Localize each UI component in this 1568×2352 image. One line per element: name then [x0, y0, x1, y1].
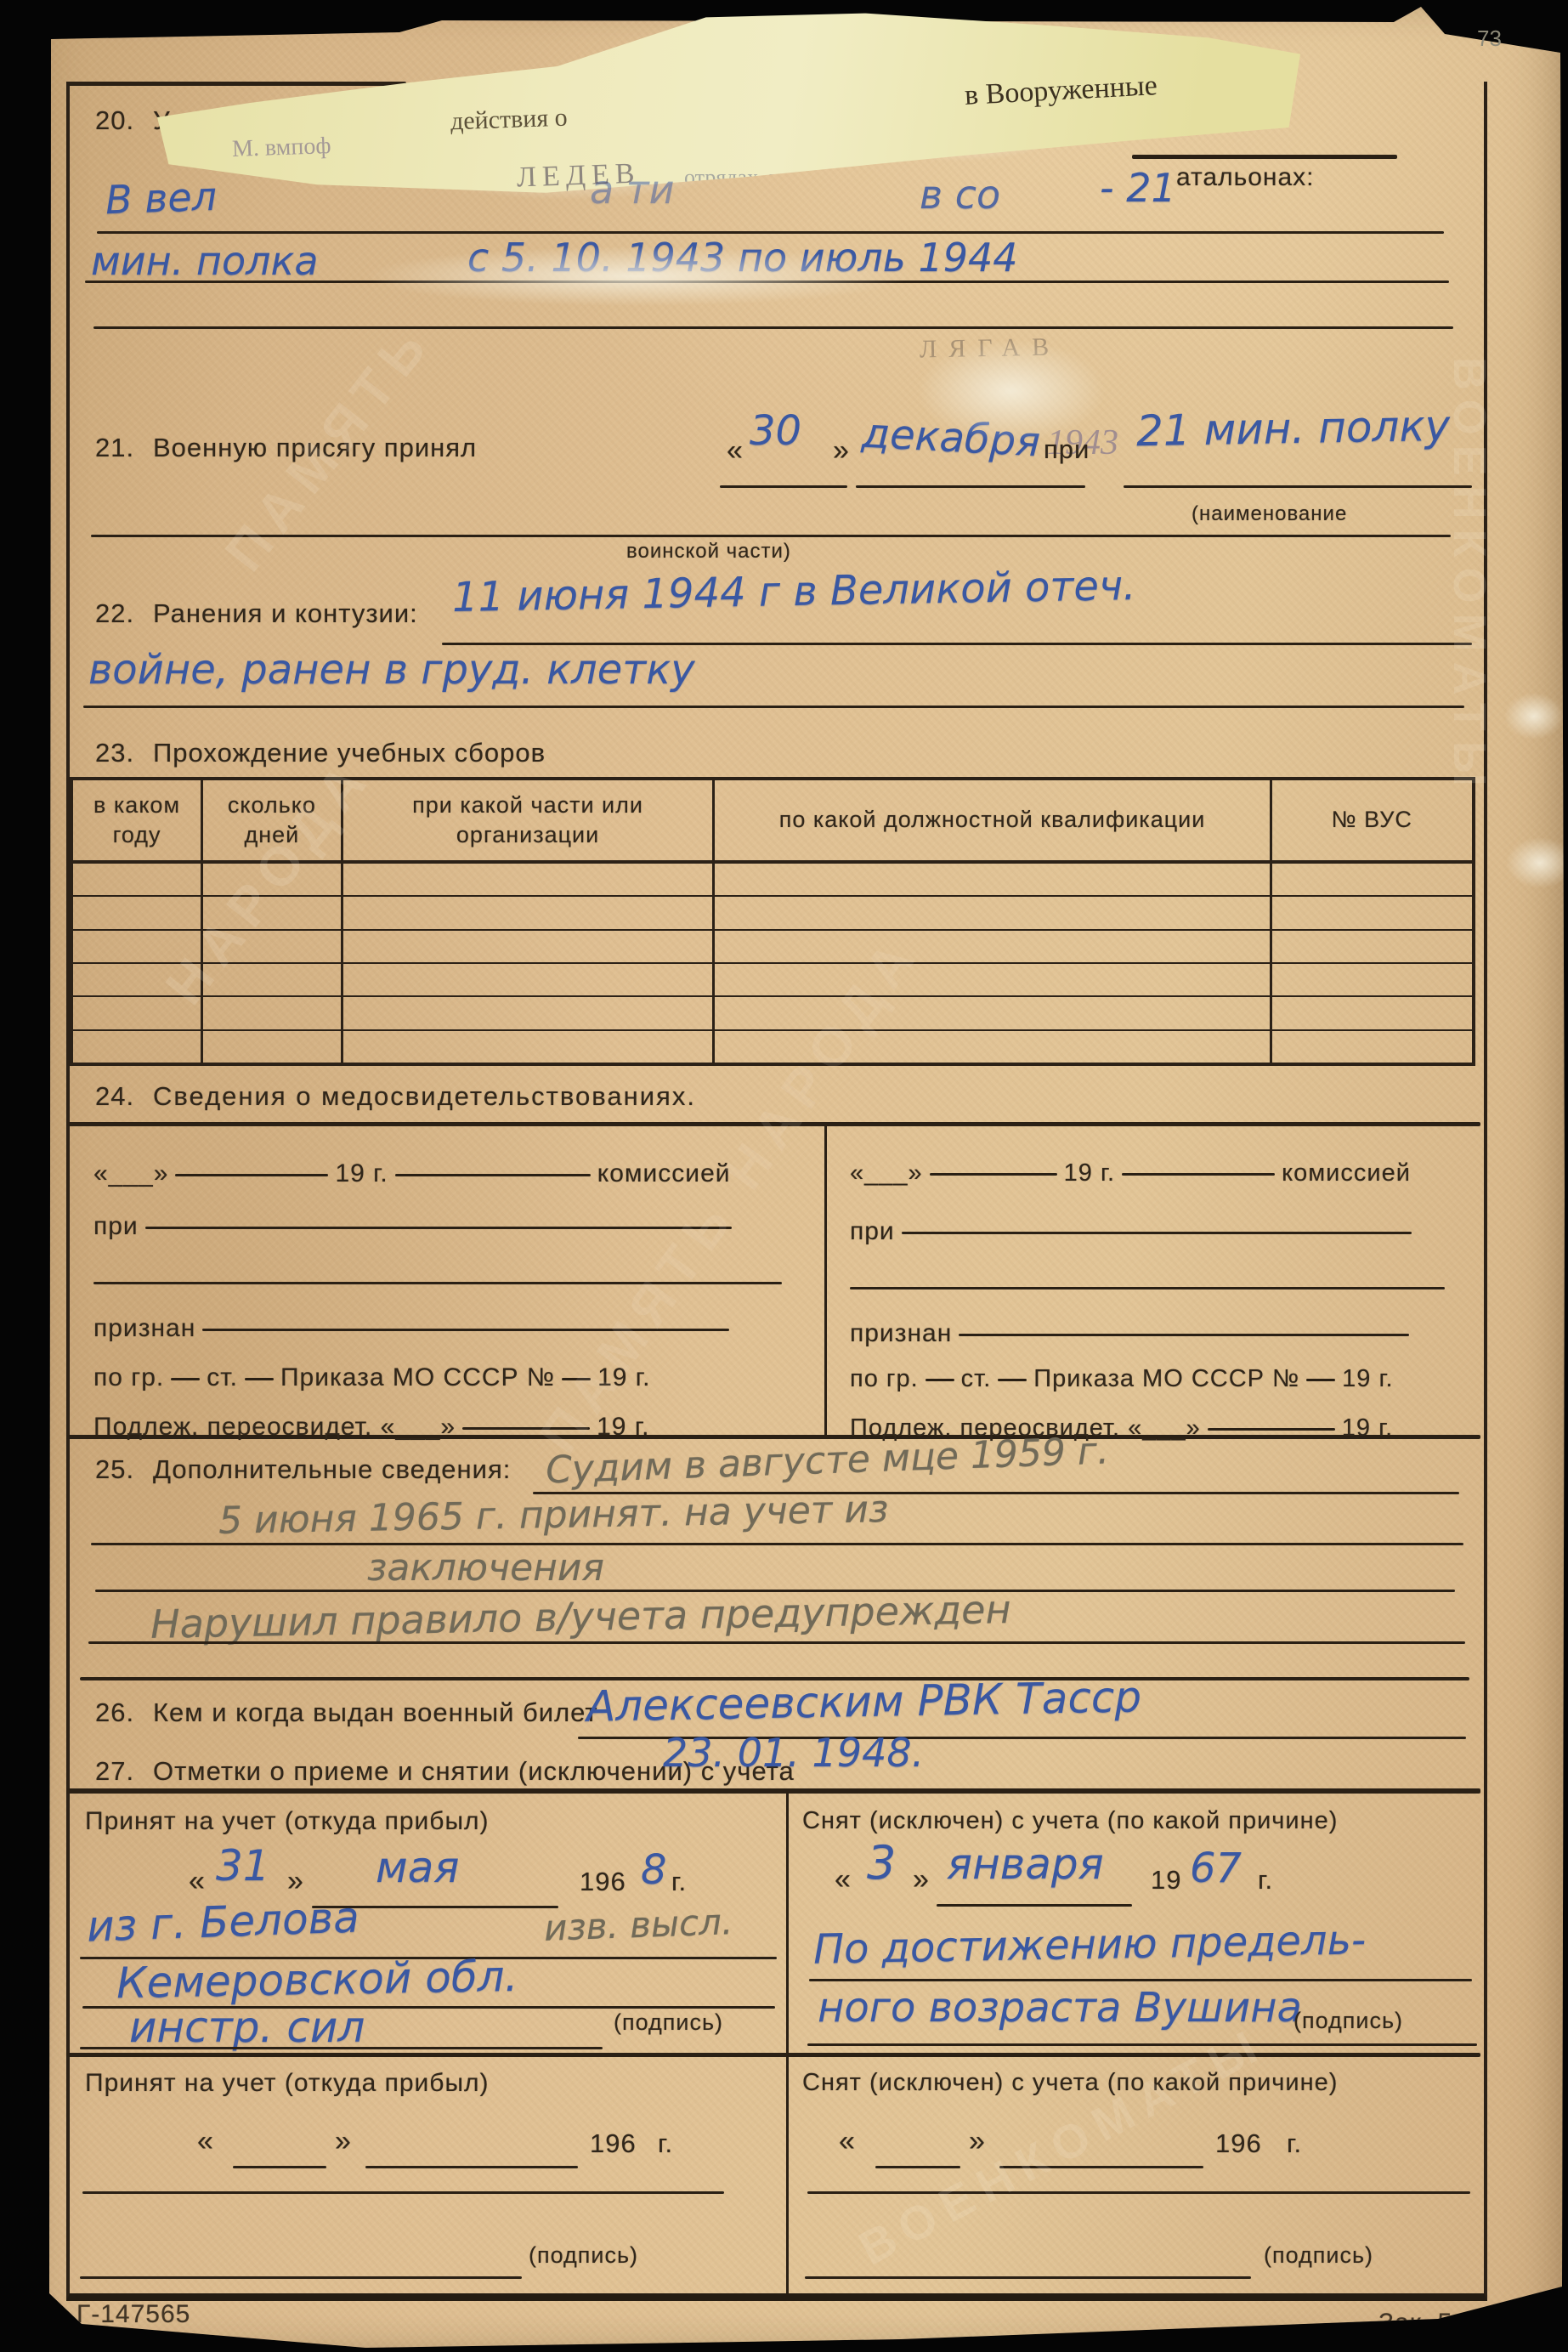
blank-line	[175, 1174, 328, 1176]
year-prefix: 19	[1342, 1414, 1371, 1442]
table-row	[73, 964, 1472, 997]
blank-line	[171, 1378, 200, 1380]
blank-line	[1306, 1379, 1335, 1381]
hw-entry: 11 июня 1944 г в Великой отеч.	[452, 562, 1136, 621]
at-label: при	[93, 1212, 139, 1240]
rule-line	[88, 1641, 1465, 1644]
sub-label: (наименование	[1192, 502, 1347, 526]
rule-line	[856, 485, 1085, 488]
empty-cell	[73, 997, 203, 1029]
signature-label: (подпись)	[1293, 2008, 1403, 2034]
empty-cell	[343, 864, 716, 895]
section-number: 27.	[95, 1756, 134, 1787]
hw-entry: в со	[920, 172, 1000, 218]
section-24-medical-examinations: 24. Сведения о медосвидетельствованиях. …	[70, 1068, 1484, 1439]
empty-cell	[1272, 931, 1472, 962]
section-title: Прохождение учебных сборов	[153, 738, 546, 768]
empty-cell	[1272, 864, 1472, 895]
order-label: Приказа МО СССР №	[1033, 1365, 1299, 1392]
tape-bleed-text: М. вмпоф	[231, 133, 331, 163]
year-suffix: г.	[1378, 1414, 1393, 1442]
column-divider	[824, 1122, 827, 1435]
ghost-stamp: ЛЕДЕВ	[516, 157, 641, 194]
hw-entry: В вел	[105, 173, 218, 224]
training-table: в каком году сколько дней при какой част…	[70, 777, 1475, 1066]
hw-entry: По достижению предель-	[813, 1916, 1367, 1973]
empty-cell	[715, 964, 1271, 995]
hw-entry: 5 июня 1965 г. принят. на учет из	[218, 1488, 889, 1543]
footer-order-number: Зак. 5423	[1378, 2309, 1497, 2338]
rule-line	[442, 643, 1472, 645]
year-suffix: г.	[1258, 1865, 1273, 1896]
empty-cell	[343, 897, 716, 928]
rule-line	[66, 1122, 1480, 1126]
section-number: 21.	[95, 433, 134, 463]
year-suffix: г.	[373, 1159, 388, 1187]
rule-line	[91, 535, 1451, 537]
blank-line	[998, 1379, 1027, 1381]
section-21-military-oath: ЛЯГАВ 21. Военную присягу принял « 30 » …	[70, 334, 1484, 561]
year-suffix: г.	[636, 1363, 651, 1391]
empty-cell	[715, 1031, 1271, 1063]
signature-label: (подпись)	[614, 2009, 723, 2036]
year-prefix: 19	[597, 1363, 627, 1391]
year-suffix: г.	[635, 1413, 650, 1441]
quote-open: «	[727, 434, 744, 468]
group-label: по гр.	[93, 1363, 164, 1391]
empty-cell	[1272, 1031, 1472, 1063]
hw-month: мая	[376, 1843, 459, 1892]
header-fragment: атальонах:	[1176, 163, 1315, 192]
hw-month: января	[947, 1839, 1104, 1889]
rule-line	[365, 2166, 578, 2168]
hw-oath-day: 30	[750, 407, 801, 455]
rule-line	[80, 2047, 603, 2049]
rule-line	[93, 1282, 782, 1284]
year-prefix: 19	[597, 1413, 626, 1441]
section-number: 24.	[95, 1081, 134, 1112]
table-row	[73, 931, 1472, 964]
empty-cell	[715, 897, 1271, 928]
year-suffix: г.	[1287, 2128, 1302, 2159]
section-label: Дополнительные сведения:	[153, 1454, 511, 1485]
empty-cell	[1272, 997, 1472, 1029]
empty-cell	[343, 931, 716, 962]
medical-row-order: по гр.ст.Приказа МО СССР №19 г.	[93, 1363, 650, 1392]
wear-mark	[1506, 837, 1568, 888]
quote-close: »	[335, 2125, 352, 2158]
wear-mark	[1504, 693, 1564, 740]
scanned-paper: 20. Участие атальонах: В вел в со - 21 м…	[0, 0, 1568, 2352]
year-prefix: 19	[335, 1159, 365, 1187]
table-header-row: в каком году сколько дней при какой част…	[73, 780, 1472, 864]
empty-cell	[203, 897, 343, 928]
year-suffix: г.	[1101, 1159, 1115, 1187]
empty-cell	[1272, 897, 1472, 928]
section-label: Кем и когда выдан военный билет	[153, 1697, 598, 1728]
remove-title: Снят (исключен) с учета (по какой причин…	[802, 1807, 1338, 1835]
hw-signature: инстр. сил	[129, 2003, 365, 2052]
blank-line	[395, 1174, 591, 1176]
hw-entry-pencil: изв. высл.	[543, 1901, 733, 1949]
col-header-vus: № ВУС	[1272, 780, 1472, 860]
accept-title: Принят на учет (откуда прибыл)	[85, 1807, 490, 1836]
empty-cell	[203, 964, 343, 995]
hw-entry: мин. полка	[91, 238, 319, 284]
empty-cell	[203, 1031, 343, 1063]
group-label: по гр.	[850, 1365, 919, 1392]
medical-row-order: по гр.ст.Приказа МО СССР №19 г.	[850, 1365, 1394, 1393]
empty-cell	[203, 997, 343, 1029]
blank-line	[926, 1379, 954, 1381]
empty-cell	[73, 931, 203, 962]
rule-line	[1132, 155, 1397, 159]
footer-form-code: Г-147565	[76, 2300, 190, 2329]
commission-label: комиссией	[1282, 1159, 1411, 1187]
year-prefix: 196	[1215, 2128, 1262, 2159]
military-form: 20. Участие атальонах: В вел в со - 21 м…	[66, 82, 1487, 2301]
corner-page-note: 73	[1477, 26, 1502, 52]
rule-line	[720, 485, 847, 488]
reexam-label: Подлеж. переосвидет.	[93, 1413, 372, 1441]
empty-cell	[715, 931, 1271, 962]
section-number: 20.	[95, 105, 134, 136]
blank-line	[902, 1232, 1412, 1234]
hw-issuer: Алексеевским РВК Тасср	[586, 1672, 1142, 1731]
recognized-label: признан	[93, 1314, 195, 1342]
rule-line	[80, 2276, 522, 2279]
section-23-training-camps: 23. Прохождение учебных сборов в каком г…	[70, 728, 1484, 1068]
col-header-unit: при какой части или организации	[343, 780, 716, 860]
medical-row-date: «___»19 г.комиссией	[93, 1159, 731, 1188]
quote-close: »	[833, 434, 850, 468]
empty-cell	[1272, 964, 1472, 995]
hw-entry: с 5. 10. 1943 по июль 1944	[467, 235, 1018, 281]
medical-row-date: «___»19 г.комиссией	[850, 1159, 1411, 1187]
medical-row-reexam: Подлеж. переосвидет. «___»19 г.	[93, 1413, 649, 1442]
table-row	[73, 997, 1472, 1030]
column-divider	[786, 1794, 789, 2057]
empty-cell	[73, 964, 203, 995]
empty-cell	[715, 864, 1271, 895]
at-label: при	[1044, 434, 1090, 465]
table-row	[73, 897, 1472, 930]
rule-line	[97, 231, 1444, 234]
accept-title: Принят на учет (откуда прибыл)	[85, 2069, 490, 2098]
year-suffix: г.	[671, 1867, 687, 1897]
section-26-ticket-issue: 26. Кем и когда выдан военный билет Алек…	[70, 1677, 1484, 1751]
hw-entry: Судим в августе мце 1959 г.	[545, 1429, 1109, 1492]
quote-open: «	[839, 2125, 856, 2158]
hw-entry: - 21	[1100, 165, 1176, 211]
table-row	[73, 864, 1472, 897]
medical-row-at: при	[93, 1212, 739, 1241]
hw-day: 31	[216, 1841, 270, 1890]
year-suffix: г.	[658, 2128, 673, 2159]
table-row	[73, 1031, 1472, 1063]
blank-line	[1122, 1173, 1275, 1176]
rule-line	[875, 2166, 960, 2168]
quote-blank: «___»	[1128, 1414, 1201, 1442]
quote-blank: «___»	[850, 1159, 923, 1187]
quote-close: »	[969, 2125, 986, 2158]
rule-line	[805, 2276, 1251, 2279]
commission-label: комиссией	[597, 1159, 731, 1187]
quote-open: «	[197, 2125, 214, 2158]
quote-blank: «___»	[93, 1159, 168, 1187]
hw-entry: Кемеровской обл.	[116, 1952, 518, 2008]
section-title: Сведения о медосвидетельствованиях.	[153, 1081, 696, 1112]
rule-line	[937, 1904, 1132, 1907]
bleed-mark: ЛЯГАВ	[920, 333, 1061, 365]
section-number: 26.	[95, 1697, 134, 1728]
rule-line	[66, 82, 406, 86]
rule-line	[93, 326, 1453, 329]
section-25-additional-info: 25. Дополнительные сведения: Судим в авг…	[70, 1439, 1484, 1677]
year-prefix: 19	[1151, 1865, 1181, 1896]
blank-line	[930, 1173, 1057, 1176]
col-header-days: сколько дней	[203, 780, 343, 860]
empty-cell	[343, 964, 716, 995]
at-label: при	[850, 1217, 895, 1245]
section-label: Военную присягу принял	[153, 433, 477, 463]
hw-entry: заключения	[367, 1546, 604, 1590]
rule-line	[233, 2166, 326, 2168]
hw-unit: 21 мин. полку	[1136, 401, 1451, 456]
section-number: 25.	[95, 1454, 134, 1485]
column-divider	[786, 2057, 789, 2293]
year-suffix: г.	[1379, 1365, 1394, 1392]
year-prefix: 196	[580, 1867, 626, 1897]
empty-cell	[73, 864, 203, 895]
section-number: 22.	[95, 598, 134, 629]
rule-line	[85, 281, 1449, 283]
rule-line	[91, 1543, 1463, 1545]
empty-cell	[343, 997, 716, 1029]
section-27-row1: Принят на учет (откуда прибыл) « 31 » ма…	[70, 1794, 1484, 2057]
blank-line	[1208, 1428, 1335, 1431]
hw-oath-month: декабря	[861, 410, 1042, 467]
signature-label: (подпись)	[529, 2242, 638, 2269]
rule-line	[807, 2191, 1470, 2194]
blank-line	[562, 1378, 591, 1380]
col-header-qualification: по какой должностной квалификации	[715, 780, 1271, 860]
blank-line	[245, 1378, 274, 1380]
medical-row-at: при	[850, 1217, 1418, 1246]
blank-line	[959, 1334, 1409, 1336]
year-prefix: 196	[590, 2128, 637, 2159]
rule-line	[809, 1979, 1472, 1981]
hw-year-digit: 8	[641, 1846, 667, 1894]
rule-line	[83, 706, 1464, 708]
article-label: ст.	[207, 1363, 238, 1391]
year-prefix: 19	[1342, 1365, 1371, 1392]
rule-line	[1124, 485, 1472, 488]
empty-cell	[715, 997, 1271, 1029]
hw-year-digit: 67	[1190, 1845, 1242, 1892]
hw-entry: войне, ранен в груд. клетку	[88, 646, 695, 694]
blank-line	[145, 1227, 732, 1229]
rule-line	[999, 2166, 1203, 2168]
year-prefix: 19	[1064, 1159, 1093, 1187]
blank-line	[202, 1329, 729, 1331]
hw-issue-date: 23. 01. 1948.	[663, 1730, 924, 1776]
signature-label: (подпись)	[1264, 2242, 1373, 2269]
section-label: Ранения и контузии:	[153, 598, 418, 629]
hw-entry: из г. Белова	[86, 1892, 360, 1951]
recognized-label: признан	[850, 1319, 952, 1347]
empty-cell	[203, 864, 343, 895]
quote-open: «	[189, 1865, 206, 1898]
empty-cell	[343, 1031, 716, 1063]
section-27-row2: Принят на учет (откуда прибыл) « » 196 г…	[70, 2057, 1484, 2293]
medical-row-recognized: признан	[93, 1314, 736, 1343]
hw-entry: Нарушил правило в/учета предупрежден	[150, 1586, 1011, 1647]
rule-line	[850, 1287, 1445, 1289]
blank-line	[462, 1427, 590, 1430]
empty-cell	[73, 1031, 203, 1063]
section-22-wounds: 22. Ранения и контузии: 11 июня 1944 г в…	[70, 561, 1484, 728]
section-number: 23.	[95, 738, 134, 768]
quote-open: «	[835, 1863, 852, 1896]
quote-close: »	[913, 1863, 930, 1896]
rule-line	[807, 2043, 1477, 2046]
hw-entry: ного возраста Вушина	[818, 1984, 1302, 2032]
tape-bleed-text: в Вооруженные	[964, 70, 1158, 112]
remove-title: Снят (исключен) с учета (по какой причин…	[802, 2069, 1338, 2097]
sub-label: воинской части)	[626, 540, 791, 564]
rule-line	[82, 2191, 724, 2194]
empty-cell	[73, 897, 203, 928]
tape-bleed-text: действия о	[450, 104, 568, 137]
article-label: ст.	[961, 1365, 992, 1392]
col-header-year: в каком году	[73, 780, 203, 860]
empty-cell	[203, 931, 343, 962]
hw-day: 3	[867, 1836, 896, 1890]
quote-blank: «___»	[381, 1413, 456, 1441]
quote-close: »	[287, 1865, 304, 1898]
order-label: Приказа МО СССР №	[280, 1363, 555, 1391]
medical-row-recognized: признан	[850, 1319, 1416, 1348]
